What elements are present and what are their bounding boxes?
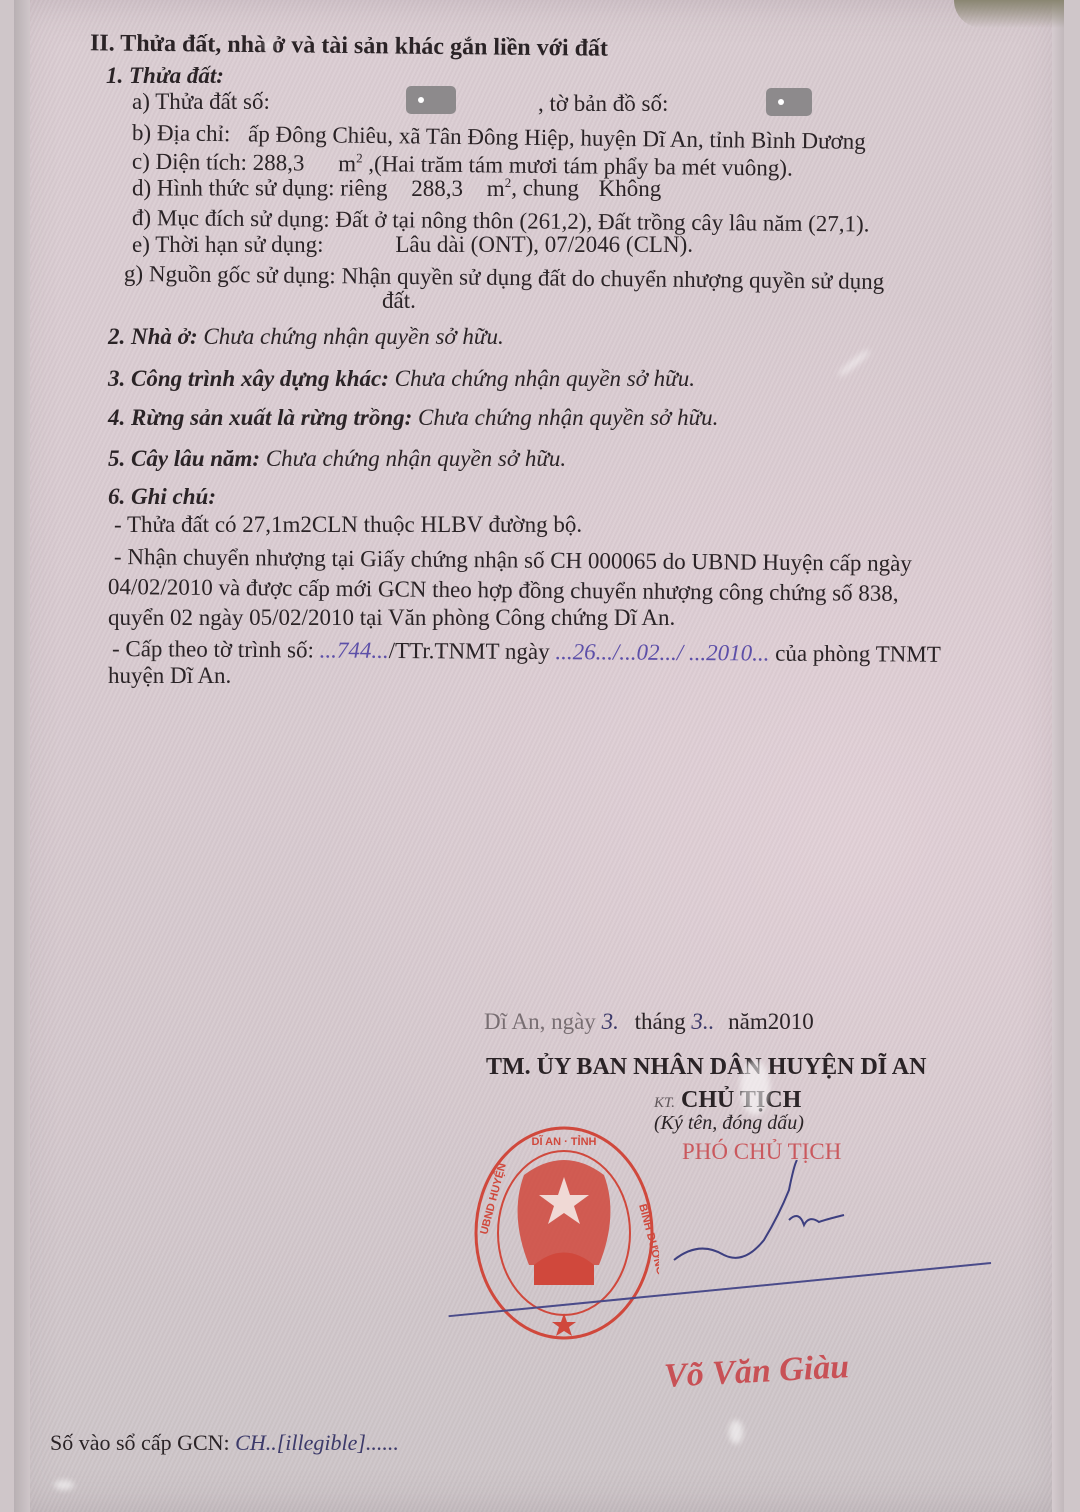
perennial-row: 5. Cây lâu năm: Chưa chứng nhận quyền sở… (108, 447, 566, 470)
sign-year: 2010 (768, 1009, 814, 1034)
sign-month: 3.. (691, 1009, 714, 1034)
authority-title: TM. ỦY BAN NHÂN DÂN HUYỆN DĨ AN (486, 1055, 926, 1079)
background-shadow (954, 0, 1064, 28)
certificate-page: II. Thửa đất, nhà ở và tài sản khác gắn … (14, 0, 1064, 1512)
origin-label: g) Nguồn gốc sử dụng: (124, 261, 336, 288)
parcel-number-redacted (406, 86, 456, 114)
usage-form-shared-label: , chung (511, 176, 579, 201)
page-left-edge (14, 0, 30, 1512)
area-unit-sup: 2 (356, 150, 363, 165)
glare (262, 42, 276, 48)
note-3-day: ...26... (555, 639, 613, 664)
notes-heading: 6. Ghi chú: (108, 485, 216, 508)
place-date: Dĩ An, ngày 3. tháng 3.. năm2010 (484, 1010, 814, 1033)
forest-row: 4. Rừng sản xuất là rừng trồng: Chưa chứ… (108, 406, 718, 429)
sign-day: 3. (602, 1009, 619, 1034)
forest-label: 4. Rừng sản xuất là rừng trồng: (108, 405, 412, 430)
place-date-prefix: Dĩ An, ngày (484, 1009, 596, 1034)
area-label: c) Diện tích: (132, 149, 247, 175)
other-works-label: 3. Công trình xây dựng khác: (108, 366, 389, 391)
origin-row: g) Nguồn gốc sử dụng: Nhận quyền sử dụng… (124, 262, 884, 293)
glare (740, 1060, 770, 1115)
note-3-row: - Cấp theo tờ trình số: ...744.../TTr.TN… (112, 637, 941, 666)
note-3-prefix: - Cấp theo tờ trình số: (112, 636, 320, 662)
term-label: e) Thời hạn sử dụng: (132, 232, 324, 257)
note-2-line-1: - Nhận chuyển nhượng tại Giấy chứng nhận… (114, 545, 912, 575)
origin-value-2: đất. (382, 289, 416, 312)
signature-icon (669, 1160, 879, 1270)
perennial-label: 5. Cây lâu năm: (108, 446, 260, 471)
house-label: 2. Nhà ở: (108, 324, 198, 349)
note-3-mid: /TTr.TNMT ngày (389, 638, 556, 664)
note-1: - Thửa đất có 27,1m2CLN thuộc HLBV đường… (114, 513, 582, 536)
registry-label: Số vào sổ cấp GCN: (50, 1430, 230, 1455)
term-row: e) Thời hạn sử dụng: Lâu dài (ONT), 07/2… (132, 233, 693, 256)
note-3-suffix: của phòng TNMT (769, 641, 941, 667)
signer-name: Võ Văn Giàu (663, 1350, 850, 1394)
usage-form-label: d) Hình thức sử dụng: riêng (132, 176, 388, 201)
other-works-value: Chưa chứng nhận quyền sở hữu. (395, 366, 695, 391)
address-label: b) Địa chỉ: (132, 120, 231, 146)
origin-value-1: Nhận quyền sử dụng đất do chuyển nhượng … (341, 263, 884, 294)
forest-value: Chưa chứng nhận quyền sở hữu. (418, 405, 718, 430)
registry-row: Số vào sổ cấp GCN: CH..[illegible]...... (50, 1432, 399, 1454)
note-2-line-3: quyển 02 ngày 05/02/2010 tại Văn phòng C… (108, 606, 675, 629)
parcel-number-row: a) Thửa đất số: (132, 90, 270, 113)
map-sheet-label: , tờ bản đồ số: (538, 92, 668, 115)
year-label: năm (728, 1009, 768, 1034)
land-heading: 1. Thửa đất: (106, 64, 224, 87)
perennial-value: Chưa chứng nhận quyền sở hữu. (266, 446, 566, 471)
note-2-line-2: 04/02/2010 và được cấp mới GCN theo hợp … (108, 575, 899, 605)
note-3-number: ...744... (320, 637, 389, 662)
note-3-month: /...02... (613, 639, 677, 664)
svg-text:DĨ AN · TỈNH: DĨ AN · TỈNH (532, 1135, 597, 1148)
glare (729, 1420, 743, 1444)
glare (54, 1480, 74, 1490)
usage-form-row: d) Hình thức sử dụng: riêng 288,3 m2, ch… (132, 176, 661, 200)
address-row: b) Địa chỉ: ấp Đông Chiêu, xã Tân Đông H… (132, 121, 866, 153)
usage-form-unit: m (487, 176, 505, 201)
purpose-label: đ) Mục đích sử dụng: (132, 205, 330, 232)
position-prefix: KT. (654, 1095, 675, 1111)
sign-instruction: (Ký tên, đóng dấu) (654, 1113, 804, 1133)
term-value: Lâu dài (ONT), 07/2046 (CLN). (395, 232, 693, 257)
address-value: ấp Đông Chiêu, xã Tân Đông Hiệp, huyện D… (248, 121, 866, 154)
note-3-line-2: huyện Dĩ An. (108, 664, 231, 687)
map-sheet-redacted (766, 88, 812, 116)
usage-form-shared: Không (599, 176, 662, 201)
note-3-year: / ...2010... (677, 640, 770, 666)
other-works-row: 3. Công trình xây dựng khác: Chưa chứng … (108, 367, 695, 390)
parcel-number-label: a) Thửa đất số: (132, 89, 270, 114)
position-row: KT. CHỦ TỊCH (654, 1088, 801, 1112)
house-value: Chưa chứng nhận quyền sở hữu. (203, 324, 503, 349)
section-title: II. Thửa đất, nhà ở và tài sản khác gắn … (90, 31, 608, 60)
area-value: 288,3 (253, 150, 305, 176)
area-unit: m (338, 151, 356, 176)
house-row: 2. Nhà ở: Chưa chứng nhận quyền sở hữu. (108, 325, 504, 348)
glare (837, 348, 871, 378)
usage-form-private: 288,3 (411, 176, 463, 201)
registry-value: CH..[illegible]...... (235, 1430, 399, 1455)
page-right-edge (1052, 0, 1064, 1512)
month-label: tháng (635, 1009, 686, 1034)
